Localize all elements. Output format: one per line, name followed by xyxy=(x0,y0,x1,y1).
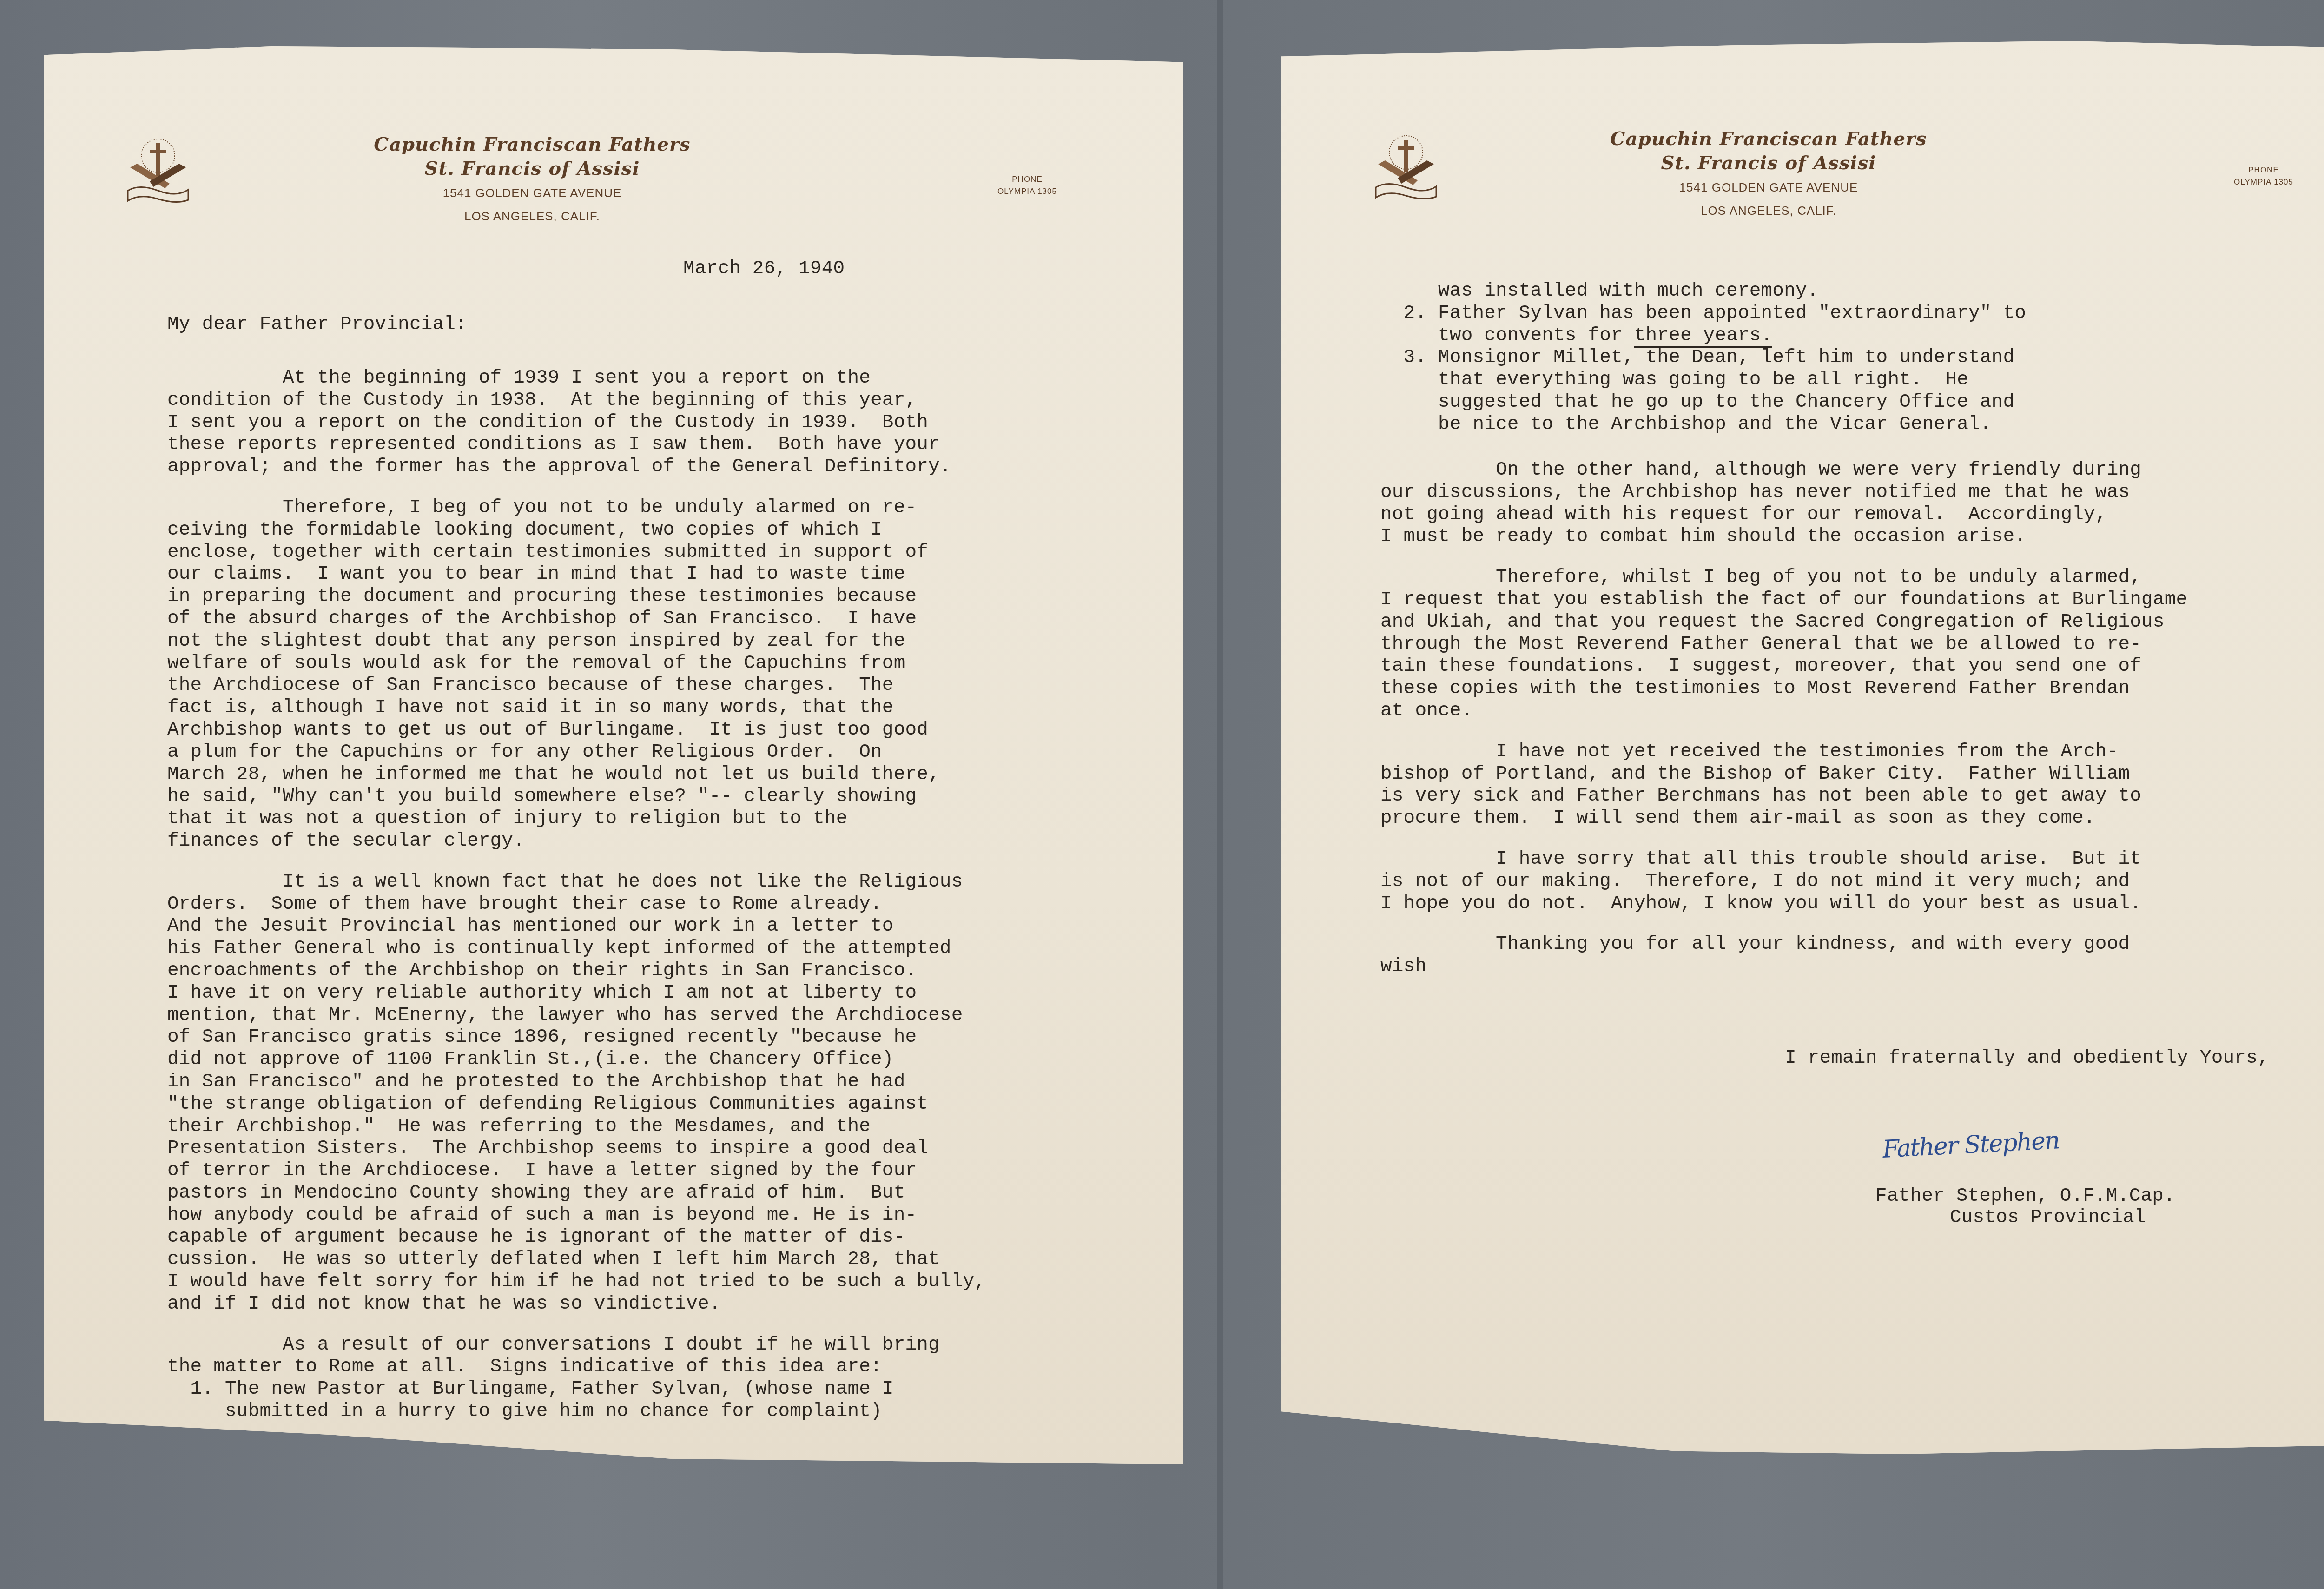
text-line: is not of our making. Therefore, I do no… xyxy=(1380,871,2187,893)
text-line: he said, "Why can't you build somewhere … xyxy=(167,786,986,808)
letter-date: March 26, 1940 xyxy=(683,258,845,280)
letterhead-org-name: Capuchin Franciscan Fathers St. Francis … xyxy=(1559,127,1978,175)
list-line: be nice to the Archbishop and the Vicar … xyxy=(1380,414,2026,436)
text-line: enclose, together with certain testimoni… xyxy=(167,542,986,564)
phone-number: OLYMPIA 1305 xyxy=(2208,176,2319,188)
paragraph: At the beginning of 1939 I sent you a re… xyxy=(167,367,986,478)
letterhead-org-name: Capuchin Franciscan Fathers St. Francis … xyxy=(323,132,741,181)
text-line: their Archbishop." He was referring to t… xyxy=(167,1116,986,1138)
text-line: On the other hand, although we were very… xyxy=(1380,459,2187,482)
text-line: And the Jesuit Provincial has mentioned … xyxy=(167,915,986,938)
text-line: I hope you do not. Anyhow, I know you wi… xyxy=(1380,893,2187,915)
text-line: capable of argument because he is ignora… xyxy=(167,1226,986,1249)
text-line: Presentation Sisters. The Archbishop see… xyxy=(167,1138,986,1160)
handwritten-signature: Father Stephen xyxy=(1882,1126,2060,1164)
text-line: is very sick and Father Berchmans has no… xyxy=(1380,785,2187,808)
text-line: did not approve of 1100 Franklin St.,(i.… xyxy=(167,1049,986,1071)
list-line: was installed with much ceremony. xyxy=(1380,280,2026,303)
text-line: cussion. He was so utterly deflated when… xyxy=(167,1249,986,1271)
letterhead-address-block: 1541 Golden Gate Avenue Los Angeles, Cal… xyxy=(323,181,741,228)
text-line: As a result of our conversations I doubt… xyxy=(167,1334,986,1357)
paragraph: As a result of our conversations I doubt… xyxy=(167,1334,986,1423)
text-line: Therefore, I beg of you not to be unduly… xyxy=(167,497,986,519)
text-line: 1. The new Pastor at Burlingame, Father … xyxy=(167,1378,986,1401)
text-line: the matter to Rome at all. Signs indicat… xyxy=(167,1356,986,1378)
letterhead-phone-block: PHONE OLYMPIA 1305 xyxy=(971,173,1083,198)
text-line: and Ukiah, and that you request the Sacr… xyxy=(1380,611,2187,634)
letterhead-street: 1541 Golden Gate Avenue xyxy=(323,181,741,205)
text-line: his Father General who is continually ke… xyxy=(167,938,986,960)
text-line: our discussions, the Archbishop has neve… xyxy=(1380,482,2187,504)
text-line: I have not yet received the testimonies … xyxy=(1380,741,2187,763)
text-line: mention, that Mr. McEnerny, the lawyer w… xyxy=(167,1005,986,1027)
text-line: fact is, although I have not said it in … xyxy=(167,697,986,719)
text-line: that it was not a question of injury to … xyxy=(167,808,986,830)
text-line: in preparing the document and procuring … xyxy=(167,586,986,608)
letter-salutation: My dear Father Provincial: xyxy=(167,314,467,336)
letter-body-page-1: At the beginning of 1939 I sent you a re… xyxy=(167,367,986,1423)
text-line: I would have felt sorry for him if he ha… xyxy=(167,1271,986,1293)
letter-closing: I remain fraternally and obediently Your… xyxy=(1785,1047,2269,1070)
paragraph-gap xyxy=(167,1316,986,1334)
text-line: I sent you a report on the condition of … xyxy=(167,412,986,434)
text-line: not going ahead with his request for our… xyxy=(1380,504,2187,526)
capuchin-emblem-icon xyxy=(121,135,195,205)
text-line: welfare of souls would ask for the remov… xyxy=(167,653,986,675)
paragraph: Thanking you for all your kindness, and … xyxy=(1380,934,2187,978)
text-line: I have sorry that all this trouble shoul… xyxy=(1380,848,2187,871)
paragraph: I have not yet received the testimonies … xyxy=(1380,741,2187,830)
phone-label: PHONE xyxy=(2208,164,2319,176)
paragraph: I have sorry that all this trouble shoul… xyxy=(1380,848,2187,915)
text-line: finances of the secular clergy. xyxy=(167,830,986,853)
list-line: suggested that he go up to the Chancery … xyxy=(1380,391,2026,414)
text-line: Therefore, whilst I beg of you not to be… xyxy=(1380,567,2187,589)
letterhead-line-1: Capuchin Franciscan Fathers xyxy=(323,132,741,157)
text-line: approval; and the former has the approva… xyxy=(167,456,986,478)
text-line: the Archdiocese of San Francisco because… xyxy=(167,675,986,697)
text-line: procure them. I will send them air-mail … xyxy=(1380,808,2187,830)
letterhead-line-2: St. Francis of Assisi xyxy=(1559,151,1978,175)
text-line: in San Francisco" and he protested to th… xyxy=(167,1071,986,1093)
text-line: I must be ready to combat him should the… xyxy=(1380,526,2187,548)
text-line: It is a well known fact that he does not… xyxy=(167,871,986,894)
text-line: our claims. I want you to bear in mind t… xyxy=(167,563,986,586)
letterhead-city: Los Angeles, Calif. xyxy=(1559,199,1978,222)
text-line: I request that you establish the fact of… xyxy=(1380,589,2187,611)
phone-label: PHONE xyxy=(971,173,1083,185)
letterhead-street: 1541 Golden Gate Avenue xyxy=(1559,176,1978,199)
text-line: pastors in Mendocino County showing they… xyxy=(167,1182,986,1205)
capuchin-emblem-icon xyxy=(1369,132,1443,201)
phone-number: OLYMPIA 1305 xyxy=(971,185,1083,198)
text-line: March 28, when he informed me that he wo… xyxy=(167,764,986,786)
text-line: Archbishop wants to get us out of Burlin… xyxy=(167,719,986,742)
text-line: Thanking you for all your kindness, and … xyxy=(1380,934,2187,956)
signer-name: Father Stephen, O.F.M.Cap. xyxy=(1875,1185,2175,1208)
text-line: ceiving the formidable looking document,… xyxy=(167,519,986,542)
text-line: I have it on very reliable authority whi… xyxy=(167,982,986,1005)
paragraph-gap xyxy=(167,478,986,497)
text-line: bishop of Portland, and the Bishop of Ba… xyxy=(1380,763,2187,786)
text-line: these reports represented conditions as … xyxy=(167,434,986,456)
text-line: not the slightest doubt that any person … xyxy=(167,630,986,653)
text-line: at once. xyxy=(1380,700,2187,722)
list-line: that everything was going to be all righ… xyxy=(1380,369,2026,391)
paragraph-gap xyxy=(1380,830,2187,848)
signer-title: Custos Provincial xyxy=(1950,1207,2146,1229)
letter-page-1: Capuchin Franciscan Fathers St. Francis … xyxy=(44,46,1183,1464)
letter-page-2: Capuchin Franciscan Fathers St. Francis … xyxy=(1281,41,2324,1461)
text-line: condition of the Custody in 1938. At the… xyxy=(167,390,986,412)
text-line: of the absurd charges of the Archbishop … xyxy=(167,608,986,630)
text-line: At the beginning of 1939 I sent you a re… xyxy=(167,367,986,390)
letterhead-address-block: 1541 Golden Gate Avenue Los Angeles, Cal… xyxy=(1559,176,1978,222)
text-line: Orders. Some of them have brought their … xyxy=(167,894,986,916)
paragraph: On the other hand, although we were very… xyxy=(1380,459,2187,548)
text-line: through the Most Reverend Father General… xyxy=(1380,634,2187,656)
text-line: how anybody could be afraid of such a ma… xyxy=(167,1205,986,1227)
text-line: "the strange obligation of defending Rel… xyxy=(167,1093,986,1116)
paragraph: Therefore, whilst I beg of you not to be… xyxy=(1380,567,2187,722)
letterhead-phone-block: PHONE OLYMPIA 1305 xyxy=(2208,164,2319,188)
paragraph-gap xyxy=(1380,548,2187,567)
paragraph-gap xyxy=(1380,915,2187,934)
paragraph-gap xyxy=(167,853,986,871)
paragraph: Therefore, I beg of you not to be unduly… xyxy=(167,497,986,853)
list-line: two convents for three years. xyxy=(1380,325,2026,347)
text-line: a plum for the Capuchins or for any othe… xyxy=(167,742,986,764)
list-line: 2. Father Sylvan has been appointed "ext… xyxy=(1380,303,2026,325)
text-line: submitted in a hurry to give him no chan… xyxy=(167,1401,986,1423)
text-line: and if I did not know that he was so vin… xyxy=(167,1293,986,1316)
text-line: wish xyxy=(1380,956,2187,978)
paragraph-gap xyxy=(1380,722,2187,741)
text-line: of San Francisco gratis since 1896, resi… xyxy=(167,1026,986,1049)
numbered-list-continuation: was installed with much ceremony. 2. Fat… xyxy=(1380,280,2026,436)
text-line: encroachments of the Archbishop on their… xyxy=(167,960,986,982)
letter-body-page-2: On the other hand, although we were very… xyxy=(1380,459,2187,978)
text-line: these copies with the testimonies to Mos… xyxy=(1380,678,2187,700)
letterhead-city: Los Angeles, Calif. xyxy=(323,205,741,228)
underlined-phrase: three years. xyxy=(1634,325,1773,348)
letterhead-line-1: Capuchin Franciscan Fathers xyxy=(1559,127,1978,151)
text-line: tain these foundations. I suggest, moreo… xyxy=(1380,655,2187,678)
list-line: 3. Monsignor Millet, the Dean, left him … xyxy=(1380,347,2026,369)
paragraph: It is a well known fact that he does not… xyxy=(167,871,986,1316)
letterhead-line-2: St. Francis of Assisi xyxy=(323,157,741,181)
text-line: of terror in the Archdiocese. I have a l… xyxy=(167,1160,986,1182)
page-divider xyxy=(1217,0,1223,1589)
